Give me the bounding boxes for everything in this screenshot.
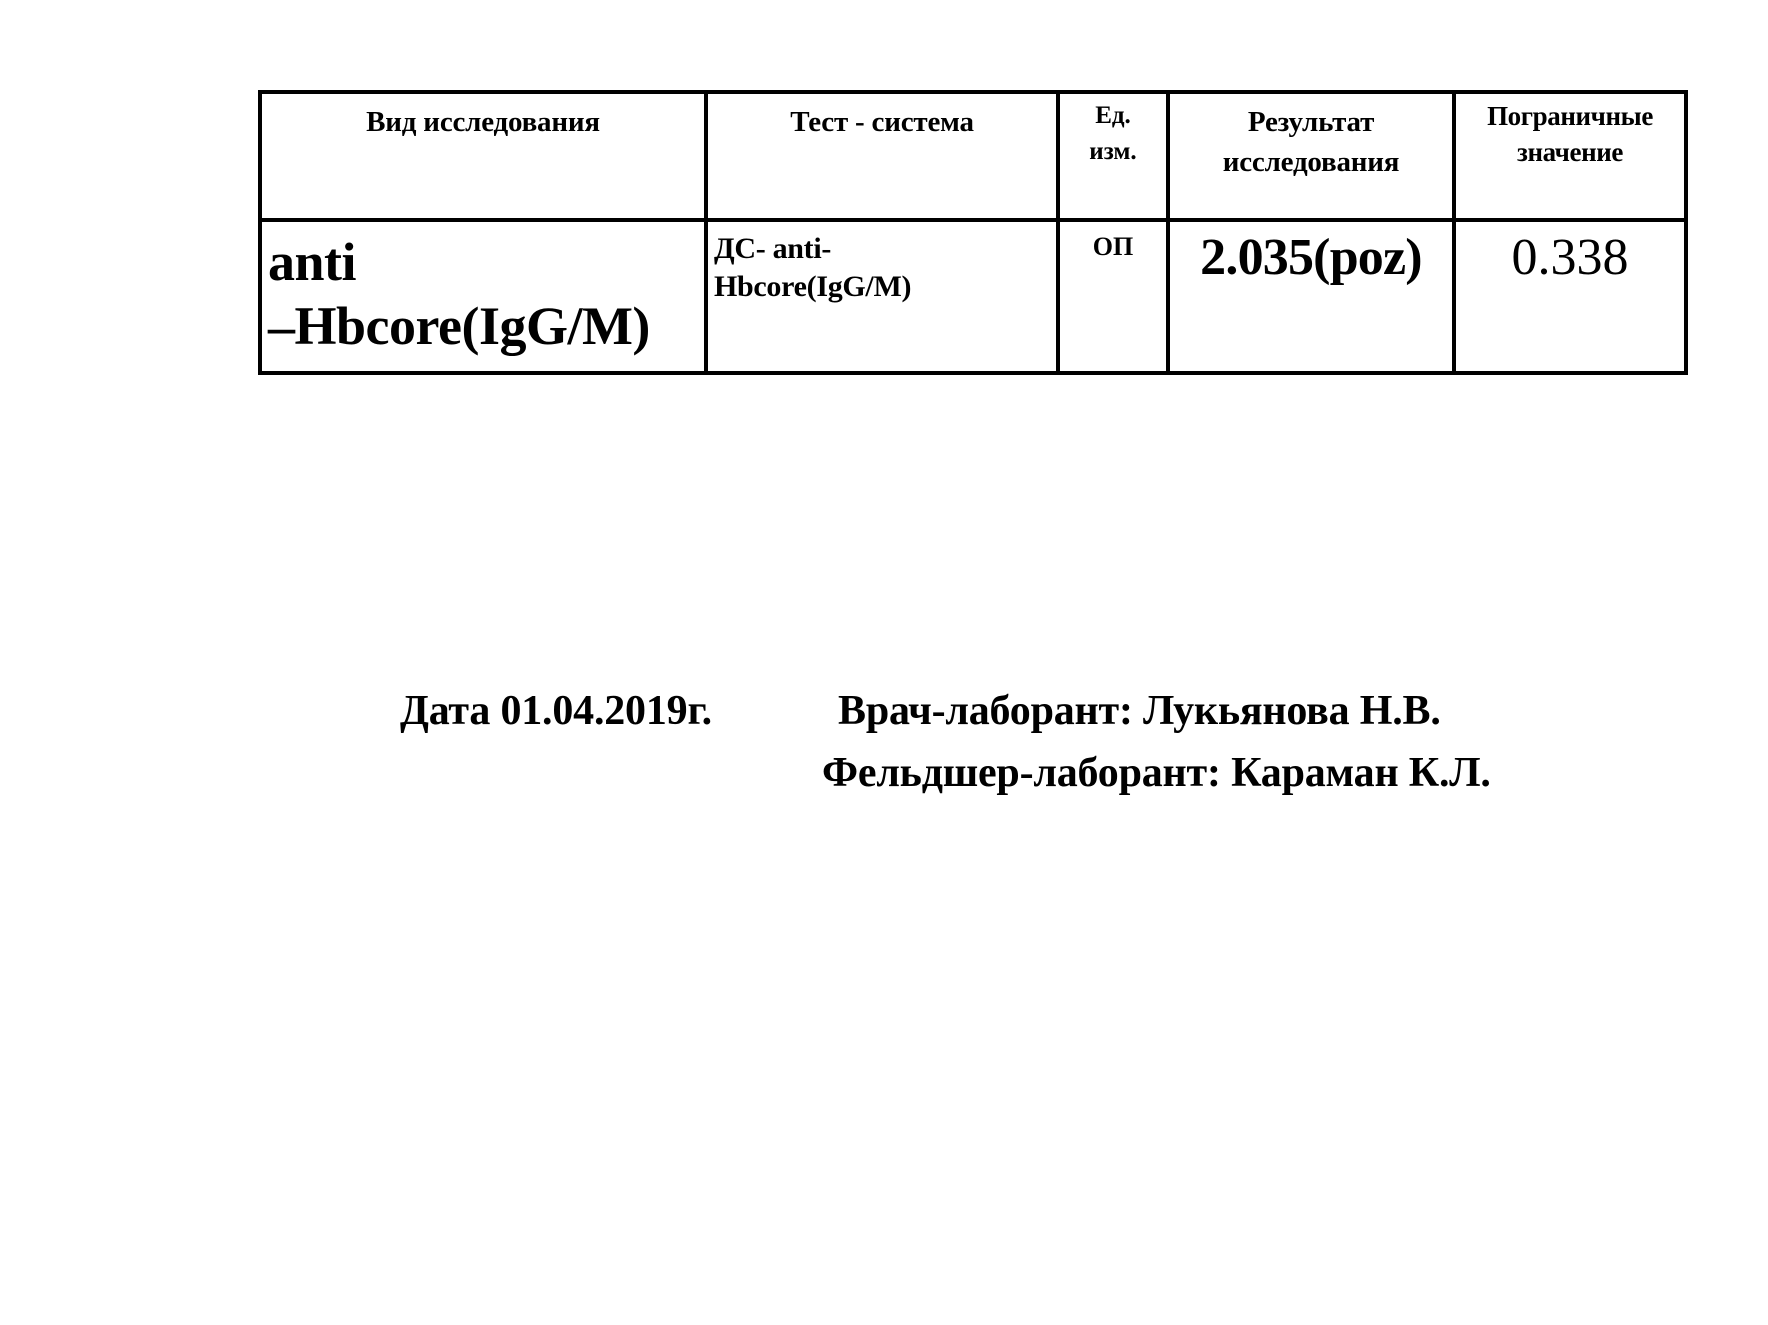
header-borderline-line-2: значение	[1456, 134, 1684, 170]
header-borderline: Пограничные значение	[1454, 92, 1686, 220]
test-system-line-2: Hbcore(IgG/M)	[714, 268, 1056, 306]
header-borderline-line-1: Пограничные	[1456, 98, 1684, 134]
study-type-line-1: anti	[268, 230, 704, 294]
cell-unit: ОП	[1058, 220, 1168, 373]
header-unit: Ед. изм.	[1058, 92, 1168, 220]
lab-assistant-signature: Фельдшер-лаборант: Караман К.Л.	[822, 748, 1491, 798]
header-study-type-text: Вид исследования	[262, 102, 704, 142]
report-date: Дата 01.04.2019г.	[400, 686, 712, 736]
cell-result: 2.035(poz)	[1168, 220, 1454, 373]
header-result-line-2: исследования	[1170, 142, 1452, 182]
header-unit-line-2: изм.	[1060, 134, 1166, 170]
header-result-line-1: Результат	[1170, 102, 1452, 142]
header-result: Результат исследования	[1168, 92, 1454, 220]
lab-doctor-signature: Врач-лаборант: Лукьянова Н.В.	[838, 686, 1441, 736]
cell-study-type: anti –Hbcore(IgG/M)	[260, 220, 706, 373]
table-row: anti –Hbcore(IgG/M) ДС- anti- Hbcore(IgG…	[260, 220, 1686, 373]
header-test-system-text: Тест - система	[708, 102, 1056, 142]
cell-borderline-value: 0.338	[1454, 220, 1686, 373]
header-unit-line-1: Ед.	[1060, 98, 1166, 134]
lab-results-table: Вид исследования Тест - система Ед. изм.…	[258, 90, 1688, 375]
header-study-type: Вид исследования	[260, 92, 706, 220]
cell-test-system: ДС- anti- Hbcore(IgG/M)	[706, 220, 1058, 373]
study-type-line-2: –Hbcore(IgG/M)	[268, 294, 704, 358]
table-header-row: Вид исследования Тест - система Ед. изм.…	[260, 92, 1686, 220]
test-system-line-1: ДС- anti-	[714, 230, 1056, 268]
header-test-system: Тест - система	[706, 92, 1058, 220]
